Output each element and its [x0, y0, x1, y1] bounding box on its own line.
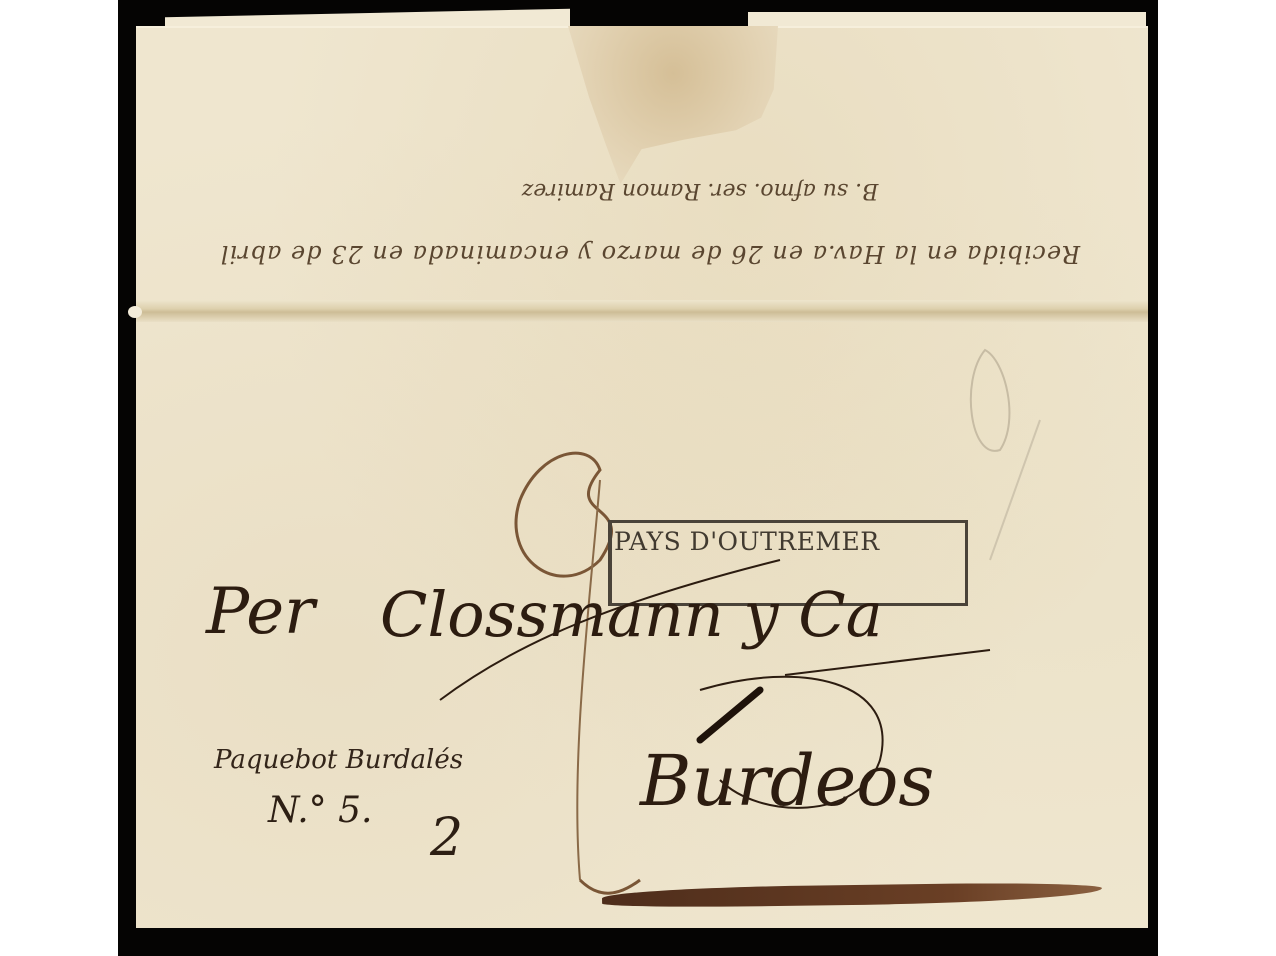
handstamp-text: PAYS D'OUTREMER — [614, 527, 880, 556]
manuscript-strokes — [0, 0, 1276, 956]
manuscript-rate-mark: 2 — [430, 808, 463, 868]
ship-name-note: Paquebot Burdalés — [214, 745, 463, 775]
destination-city: Burdeos — [640, 740, 934, 822]
addressee-name: Clossmann y Ca — [380, 578, 883, 651]
address-prefix: Per — [206, 575, 315, 649]
ship-number-note: N.° 5. — [268, 790, 372, 831]
rate-stem-stroke — [577, 480, 600, 880]
